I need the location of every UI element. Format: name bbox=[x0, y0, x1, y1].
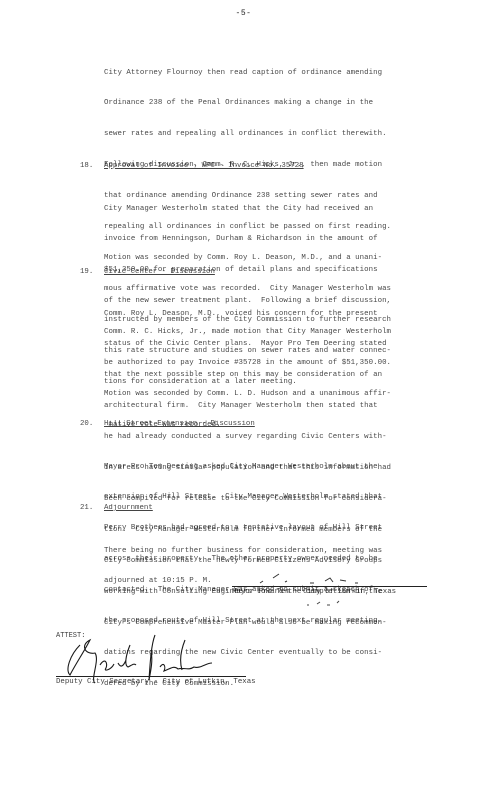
text-line: that the next possible step on this may … bbox=[104, 370, 429, 380]
text-line: sewer rates and repealing all ordinances… bbox=[104, 129, 429, 139]
section-number: 21. bbox=[80, 504, 93, 512]
text-line: status of the Civic Center plans. Mayor … bbox=[104, 339, 429, 349]
mayor-signature-marks bbox=[305, 599, 345, 607]
section-number: 19. bbox=[80, 268, 93, 276]
text-line: invoice from Henningson, Durham & Richar… bbox=[104, 234, 429, 244]
attester-signature-line bbox=[56, 676, 246, 677]
text-line: Ordinance 238 of the Penal Ordinances ma… bbox=[104, 98, 429, 108]
page-number: -5- bbox=[0, 9, 487, 18]
mayor-signature-line bbox=[232, 586, 427, 587]
section-title: Civic Center - Discussion bbox=[104, 268, 215, 276]
mayor-signature-caption: Mayor Pro Tem - City of Lufkin, Texas bbox=[232, 588, 396, 596]
section-number: 20. bbox=[80, 420, 93, 428]
text-line: extension of Hill Street. City Manager W… bbox=[104, 492, 429, 502]
text-line: architectural firm. City Manager Westerh… bbox=[104, 401, 429, 411]
text-line: There being no further business for cons… bbox=[104, 546, 429, 556]
text-line: Mayor Pro Tem Deering asked City Manager… bbox=[104, 462, 429, 472]
section-title: Approval of Invoice - WPC - Invoice No. … bbox=[104, 162, 304, 170]
text-line: Comm. Roy L. Deason, M.D., voiced his co… bbox=[104, 309, 429, 319]
text-line: City Attorney Flournoy then read caption… bbox=[104, 68, 429, 78]
section-title: Adjournment bbox=[104, 504, 153, 512]
section-title: Hill Street Extension - Discussion bbox=[104, 420, 255, 428]
attester-caption: Deputy City Secretary - City of Lufkin, … bbox=[56, 678, 256, 686]
mayor-signature-scribble bbox=[255, 572, 395, 586]
section-number: 18. bbox=[80, 162, 93, 170]
text-line: City Manager Westerholm stated that the … bbox=[104, 204, 429, 214]
